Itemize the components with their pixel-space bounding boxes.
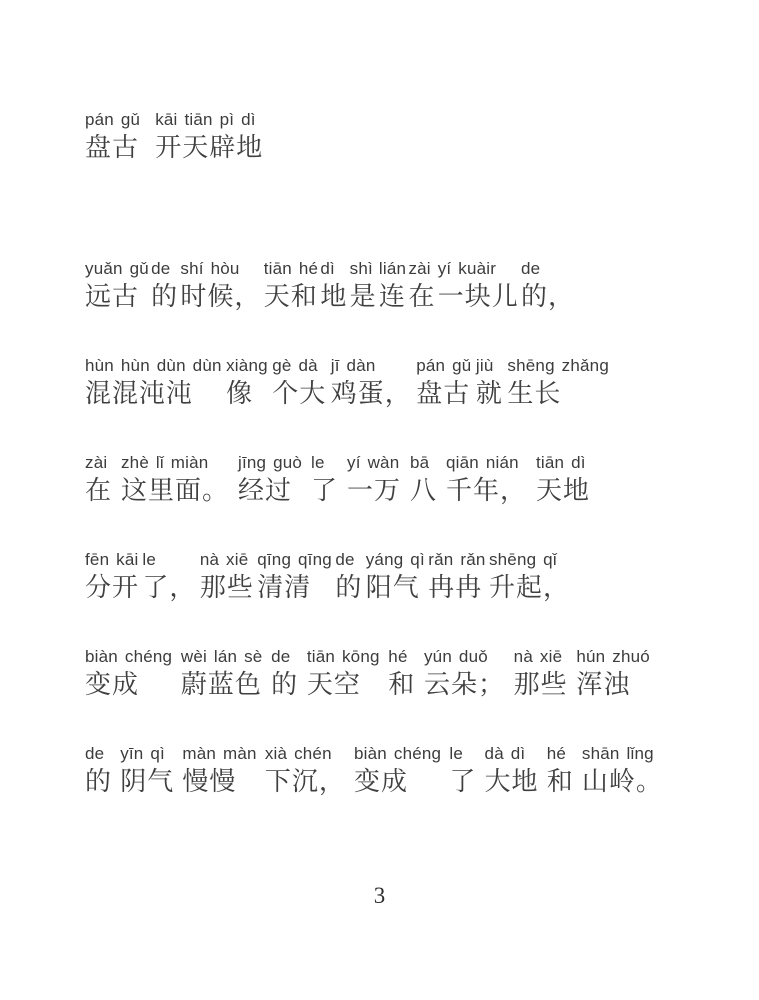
hanzi-text: 和 (388, 669, 415, 701)
hanzi-text: 阳气 (366, 572, 420, 604)
pinyin-text: qīng qīng (257, 550, 332, 570)
hanzi-text: 清清 (257, 572, 311, 604)
word-unit: le了 (449, 744, 476, 798)
pinyin-text: zài (408, 259, 430, 279)
word-unit: shì是 (350, 259, 377, 313)
word-unit: de的 (271, 647, 298, 701)
word-unit: de的 (85, 744, 112, 798)
hanzi-text: 的 (85, 766, 112, 798)
word-unit: lián连 (379, 259, 406, 313)
word-unit: le了 (311, 453, 338, 507)
text-line: biàn chéng变成wèi lán sè蔚蓝色de的tiān kōng天空h… (85, 647, 650, 701)
pinyin-text: le (449, 744, 463, 764)
pinyin-text: de (151, 259, 170, 279)
pinyin-text: yí wàn (347, 453, 399, 473)
word-unit: kāi tiān pì dì开天辟地 (155, 110, 263, 164)
pinyin-text: yí kuàir (438, 259, 496, 279)
word-unit: zài在 (408, 259, 435, 313)
pinyin-text: de (335, 550, 354, 570)
hanzi-text: 下沉， (265, 766, 346, 798)
hanzi-text: 云朵； (424, 669, 505, 701)
pinyin-text: dà dì (485, 744, 526, 764)
word-unit: shēng zhǎng生长 (507, 356, 609, 410)
word-unit: dà dì大地 (485, 744, 539, 798)
hanzi-text: 分开 (85, 572, 139, 604)
word-unit: rǎn rǎn冉冉 (428, 550, 485, 604)
hanzi-text: 大地 (485, 766, 539, 798)
text-line: hùn hùn dùn dùn混混沌沌xiàng像gè dà个大jī dàn鸡蛋… (85, 356, 609, 410)
hanzi-text: 连 (379, 281, 406, 313)
pinyin-text: hé (547, 744, 566, 764)
pinyin-text: shēng qǐ (489, 550, 557, 570)
word-unit: tiān kōng天空 (307, 647, 380, 701)
word-unit: le了， (142, 550, 196, 604)
word-unit: shēng qǐ升起， (489, 550, 570, 604)
pinyin-text: wèi lán sè (181, 647, 263, 667)
pinyin-text: hún zhuó (576, 647, 650, 667)
word-unit: biàn chéng变成 (85, 647, 172, 701)
pinyin-text: shì (350, 259, 373, 279)
hanzi-text: 天地 (536, 475, 590, 507)
word-unit: yí kuàir一块儿 (438, 259, 519, 313)
word-unit: hún zhuó浑浊 (576, 647, 650, 701)
hanzi-text: 天空 (307, 669, 361, 701)
hanzi-text: 慢慢 (182, 766, 236, 798)
word-unit: shān lǐng山岭。 (582, 744, 663, 798)
word-unit: yún duǒ云朵； (424, 647, 505, 701)
pinyin-text: màn màn (182, 744, 256, 764)
word-unit: zài在 (85, 453, 112, 507)
word-unit: zhè lǐ miàn这里面。 (121, 453, 229, 507)
hanzi-text: 了 (449, 766, 476, 798)
pinyin-text: hùn hùn dùn dùn (85, 356, 222, 376)
pinyin-text: shān lǐng (582, 744, 654, 764)
word-unit: bā八 (410, 453, 437, 507)
pinyin-text: yuǎn gǔ (85, 259, 149, 279)
hanzi-text: 浑浊 (576, 669, 630, 701)
hanzi-text: 蔚蓝色 (181, 669, 262, 701)
word-unit: qīng qīng清清 (257, 550, 332, 604)
hanzi-text: 的 (271, 669, 298, 701)
pinyin-text: zhè lǐ miàn (121, 453, 208, 473)
pinyin-text: xià chén (265, 744, 332, 764)
hanzi-text: 升起， (489, 572, 570, 604)
word-unit: nà xiē那些 (514, 647, 568, 701)
hanzi-text: 那些 (514, 669, 568, 701)
pinyin-text: pán gǔ (85, 110, 140, 130)
hanzi-text: 地 (320, 281, 347, 313)
word-unit: yīn qì阴气 (120, 744, 174, 798)
text-line: zài在zhè lǐ miàn这里面。jīng guò经过le了yí wàn一万… (85, 453, 590, 507)
hanzi-text: 冉冉 (428, 572, 482, 604)
hanzi-text: 经过 (238, 475, 292, 507)
word-unit: hé和 (547, 744, 574, 798)
hanzi-text: 生长 (507, 378, 561, 410)
word-unit: de的， (521, 259, 575, 313)
pinyin-text: yáng qì (366, 550, 425, 570)
pinyin-text: pán gǔ (416, 356, 471, 376)
pinyin-text: biàn chéng (85, 647, 172, 667)
word-unit: jiù就 (476, 356, 503, 410)
text-body: yuǎn gǔ远古de的shí hòu时候，tiān hé天和dì地shì是li… (85, 259, 759, 798)
pinyin-text: biàn chéng (354, 744, 441, 764)
pinyin-text: jī dàn (331, 356, 376, 376)
word-unit: de的 (151, 259, 178, 313)
hanzi-text: 这里面。 (121, 475, 229, 507)
word-unit: gè dà个大 (272, 356, 326, 410)
hanzi-text: 和 (547, 766, 574, 798)
pinyin-text: xiàng (226, 356, 268, 376)
word-unit: hùn hùn dùn dùn混混沌沌 (85, 356, 222, 410)
pinyin-text: shí hòu (180, 259, 239, 279)
word-unit: wèi lán sè蔚蓝色 (181, 647, 263, 701)
pinyin-text: jiù (476, 356, 494, 376)
hanzi-text: 变成 (354, 766, 408, 798)
text-line: de的yīn qì阴气màn màn慢慢xià chén下沉，biàn chén… (85, 744, 663, 798)
word-unit: xiàng像 (226, 356, 268, 410)
pinyin-text: shēng zhǎng (507, 356, 609, 376)
hanzi-text: 阴气 (120, 766, 174, 798)
hanzi-text: 是 (350, 281, 377, 313)
word-unit: shí hòu时候， (180, 259, 261, 313)
hanzi-text: 的 (151, 281, 178, 313)
pinyin-text: lián (379, 259, 406, 279)
hanzi-text: 八 (410, 475, 437, 507)
word-unit: hé和 (388, 647, 415, 701)
pinyin-text: de (85, 744, 104, 764)
pinyin-text: jīng guò (238, 453, 302, 473)
pinyin-text: yún duǒ (424, 647, 488, 667)
pinyin-text: tiān hé (264, 259, 318, 279)
hanzi-text: 鸡蛋， (331, 378, 412, 410)
hanzi-text: 开天辟地 (155, 132, 263, 164)
pinyin-text: tiān kōng (307, 647, 380, 667)
pinyin-text: hé (388, 647, 407, 667)
hanzi-text: 了， (142, 572, 196, 604)
pinyin-text: rǎn rǎn (428, 550, 485, 570)
hanzi-text: 在 (408, 281, 435, 313)
pinyin-text: nà xiē (514, 647, 563, 667)
page-title: pán gǔ盘古kāi tiān pì dì开天辟地 (85, 110, 759, 164)
word-unit: nà xiē那些 (200, 550, 254, 604)
hanzi-text: 就 (476, 378, 503, 410)
pinyin-text: tiān dì (536, 453, 586, 473)
pinyin-text: le (311, 453, 325, 473)
word-unit: jīng guò经过 (238, 453, 302, 507)
pinyin-text: kāi tiān pì dì (155, 110, 255, 130)
pinyin-text: zài (85, 453, 107, 473)
pinyin-text: de (271, 647, 290, 667)
pinyin-text: gè dà (272, 356, 318, 376)
word-unit: yáng qì阳气 (366, 550, 425, 604)
word-unit: qiān nián千年， (446, 453, 527, 507)
page-number: 3 (0, 883, 759, 909)
hanzi-text: 天和 (264, 281, 318, 313)
pinyin-text: le (142, 550, 156, 570)
hanzi-text: 那些 (200, 572, 254, 604)
word-unit: de的 (335, 550, 362, 604)
document-page: pán gǔ盘古kāi tiān pì dì开天辟地 yuǎn gǔ远古de的s… (0, 0, 759, 1000)
word-unit: fēn kāi分开 (85, 550, 139, 604)
hanzi-text: 盘古 (85, 132, 139, 164)
hanzi-text: 远古 (85, 281, 139, 313)
word-unit: tiān dì天地 (536, 453, 590, 507)
word-unit: xià chén下沉， (265, 744, 346, 798)
word-unit: yuǎn gǔ远古 (85, 259, 149, 313)
hanzi-text: 变成 (85, 669, 139, 701)
pinyin-text: bā (410, 453, 429, 473)
hanzi-text: 千年， (446, 475, 527, 507)
pinyin-text: nà xiē (200, 550, 249, 570)
word-unit: jī dàn鸡蛋， (331, 356, 412, 410)
hanzi-text: 混混沌沌 (85, 378, 193, 410)
text-line: yuǎn gǔ远古de的shí hòu时候，tiān hé天和dì地shì是li… (85, 259, 575, 313)
pinyin-text: dì (320, 259, 335, 279)
hanzi-text: 个大 (272, 378, 326, 410)
pinyin-text: yīn qì (120, 744, 165, 764)
word-unit: yí wàn一万 (347, 453, 401, 507)
text-line: fēn kāi分开le了，nà xiē那些qīng qīng清清de的yáng … (85, 550, 570, 604)
word-unit: biàn chéng变成 (354, 744, 441, 798)
pinyin-text: fēn kāi (85, 550, 139, 570)
word-unit: tiān hé天和 (264, 259, 318, 313)
hanzi-text: 像 (226, 378, 253, 410)
hanzi-text: 的， (521, 281, 575, 313)
pinyin-text: de (521, 259, 540, 279)
hanzi-text: 在 (85, 475, 112, 507)
hanzi-text: 的 (335, 572, 362, 604)
hanzi-text: 了 (311, 475, 338, 507)
word-unit: pán gǔ盘古 (416, 356, 471, 410)
pinyin-text: qiān nián (446, 453, 519, 473)
word-unit: màn màn慢慢 (182, 744, 256, 798)
word-unit: dì地 (320, 259, 347, 313)
hanzi-text: 一万 (347, 475, 401, 507)
hanzi-text: 山岭。 (582, 766, 663, 798)
hanzi-text: 时候， (180, 281, 261, 313)
hanzi-text: 一块儿 (438, 281, 519, 313)
hanzi-text: 盘古 (416, 378, 470, 410)
word-unit: pán gǔ盘古 (85, 110, 140, 164)
